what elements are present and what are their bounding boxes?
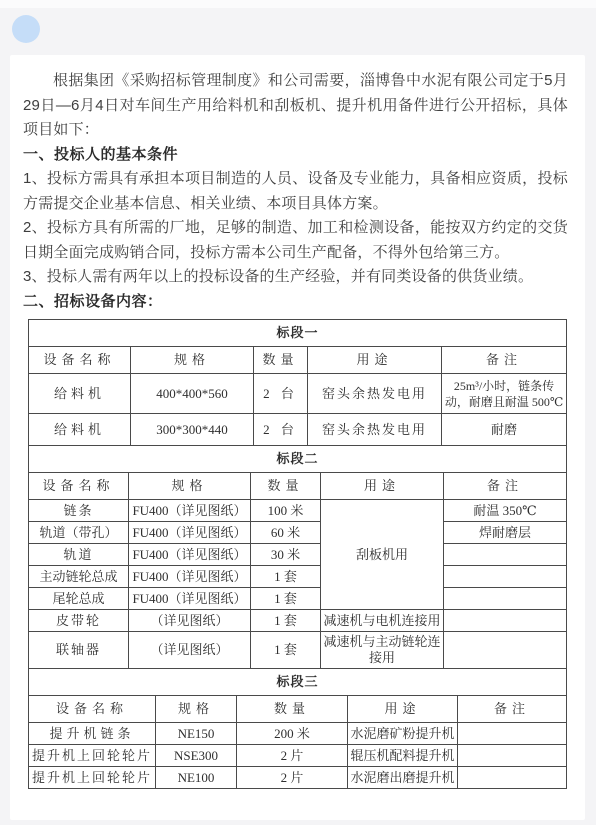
col-header-spec: 规格 bbox=[131, 347, 254, 374]
col-header-usage: 用途 bbox=[308, 347, 442, 374]
table-caption: 标段二 bbox=[29, 446, 567, 473]
col-header-remark: 备注 bbox=[442, 347, 567, 374]
cell-usage: 窑头余热发电用 bbox=[308, 414, 442, 446]
cell-usage: 减速机与电机连接用 bbox=[321, 610, 444, 632]
cell-remark bbox=[444, 566, 567, 588]
cell-device-name: 皮带轮 bbox=[29, 610, 129, 632]
col-header-usage: 用途 bbox=[321, 473, 444, 500]
col-header-device-name: 设备名称 bbox=[29, 347, 131, 374]
col-header-remark: 备注 bbox=[444, 473, 567, 500]
cell-qty: 1 套 bbox=[251, 632, 321, 669]
condition-item-3: 3、投标人需有两年以上的投标设备的生产经验，并有同类设备的供货业绩。 bbox=[23, 265, 568, 290]
cell-spec: NSE300 bbox=[156, 745, 237, 767]
page-background: 根据集团《采购招标管理制度》和公司需要，淄博鲁中水泥有限公司定于5月29日—6月… bbox=[0, 0, 596, 825]
cell-usage: 窑头余热发电用 bbox=[308, 374, 442, 414]
cell-spec: FU400（详见图纸） bbox=[129, 566, 251, 588]
table-row: 尾轮总成 FU400（详见图纸） 1 套 bbox=[29, 588, 567, 610]
cell-remark bbox=[458, 723, 567, 745]
cell-qty: 1 套 bbox=[251, 588, 321, 610]
cell-qty: 200 米 bbox=[237, 723, 348, 745]
section-title-equipment-content: 二、招标设备内容： bbox=[23, 290, 568, 315]
table-caption: 标段一 bbox=[29, 320, 567, 347]
table-row: 皮带轮 （详见图纸） 1 套 减速机与电机连接用 bbox=[29, 610, 567, 632]
table-row: 给料机 400*400*560 2 台 窑头余热发电用 25m³/小时，链条传动… bbox=[29, 374, 567, 414]
cell-device-name: 给料机 bbox=[29, 374, 131, 414]
cell-qty: 60 米 bbox=[251, 522, 321, 544]
condition-item-1: 1、投标方需具有承担本项目制造的人员、设备及专业能力，具备相应资质，投标方需提交… bbox=[23, 167, 568, 216]
cell-remark: 25m³/小时，链条传动，耐磨且耐温 500℃ bbox=[442, 374, 567, 414]
cell-usage: 水泥磨出磨提升机 bbox=[348, 767, 458, 789]
table-row: 给料机 300*300*440 2 台 窑头余热发电用 耐磨 bbox=[29, 414, 567, 446]
cell-remark bbox=[444, 544, 567, 566]
cell-device-name: 尾轮总成 bbox=[29, 588, 129, 610]
site-logo-circle bbox=[12, 15, 40, 43]
cell-qty: 2 台 bbox=[254, 414, 308, 446]
col-header-spec: 规格 bbox=[129, 473, 251, 500]
cell-device-name: 提升机上回轮轮片 bbox=[29, 745, 156, 767]
col-header-remark: 备注 bbox=[458, 696, 567, 723]
section-title-bidder-conditions: 一、投标人的基本条件 bbox=[23, 143, 568, 168]
cell-remark bbox=[444, 588, 567, 610]
cell-qty: 2 片 bbox=[237, 767, 348, 789]
cell-device-name: 提升机上回轮轮片 bbox=[29, 767, 156, 789]
cell-device-name: 链条 bbox=[29, 500, 129, 522]
cell-remark: 耐温 350℃ bbox=[444, 500, 567, 522]
cell-spec: FU400（详见图纸） bbox=[129, 544, 251, 566]
document-card: 根据集团《采购招标管理制度》和公司需要，淄博鲁中水泥有限公司定于5月29日—6月… bbox=[10, 55, 585, 820]
cell-spec: NE150 bbox=[156, 723, 237, 745]
cell-device-name: 提升机链条 bbox=[29, 723, 156, 745]
cell-device-name: 主动链轮总成 bbox=[29, 566, 129, 588]
cell-remark bbox=[444, 610, 567, 632]
cell-remark bbox=[458, 767, 567, 789]
table-row: 链条 FU400（详见图纸） 100 米 刮板机用 耐温 350℃ bbox=[29, 500, 567, 522]
bid-section-2-table: 标段二 设备名称 规格 数量 用途 备注 链条 FU400（详见图纸） 100 … bbox=[28, 445, 567, 669]
cell-qty: 2 片 bbox=[237, 745, 348, 767]
cell-usage-merged: 刮板机用 bbox=[321, 500, 444, 610]
cell-device-name: 联轴器 bbox=[29, 632, 129, 669]
cell-usage: 辊压机配料提升机 bbox=[348, 745, 458, 767]
table-row: 提升机链条 NE150 200 米 水泥磨矿粉提升机 bbox=[29, 723, 567, 745]
cell-qty: 1 套 bbox=[251, 610, 321, 632]
cell-device-name: 给料机 bbox=[29, 414, 131, 446]
cell-spec: 300*300*440 bbox=[131, 414, 254, 446]
cell-remark: 耐磨 bbox=[442, 414, 567, 446]
col-header-device-name: 设备名称 bbox=[29, 473, 129, 500]
cell-qty: 30 米 bbox=[251, 544, 321, 566]
cell-qty: 100 米 bbox=[251, 500, 321, 522]
table-row: 轨道 FU400（详见图纸） 30 米 bbox=[29, 544, 567, 566]
cell-spec: （详见图纸） bbox=[129, 610, 251, 632]
col-header-usage: 用途 bbox=[348, 696, 458, 723]
col-header-device-name: 设备名称 bbox=[29, 696, 156, 723]
cell-qty: 2 台 bbox=[254, 374, 308, 414]
table-row: 主动链轮总成 FU400（详见图纸） 1 套 bbox=[29, 566, 567, 588]
cell-device-name: 轨道 bbox=[29, 544, 129, 566]
condition-item-2: 2、投标方具有所需的厂地，足够的制造、加工和检测设备，能按双方约定的交货日期全面… bbox=[23, 216, 568, 265]
cell-device-name: 轨道（带孔） bbox=[29, 522, 129, 544]
cell-remark: 焊耐磨层 bbox=[444, 522, 567, 544]
table-row: 轨道（带孔） FU400（详见图纸） 60 米 焊耐磨层 bbox=[29, 522, 567, 544]
cell-usage: 水泥磨矿粉提升机 bbox=[348, 723, 458, 745]
col-header-qty: 数量 bbox=[237, 696, 348, 723]
bid-section-1-table: 标段一 设备名称 规格 数量 用途 备注 给料机 400*400*560 2 台… bbox=[28, 319, 567, 446]
table-row: 提升机上回轮轮片 NSE300 2 片 辊压机配料提升机 bbox=[29, 745, 567, 767]
intro-paragraph: 根据集团《采购招标管理制度》和公司需要，淄博鲁中水泥有限公司定于5月29日—6月… bbox=[23, 69, 568, 143]
cell-usage: 减速机与主动链轮连接用 bbox=[321, 632, 444, 669]
cell-spec: （详见图纸） bbox=[129, 632, 251, 669]
col-header-qty: 数量 bbox=[251, 473, 321, 500]
col-header-qty: 数量 bbox=[254, 347, 308, 374]
cell-spec: FU400（详见图纸） bbox=[129, 588, 251, 610]
table-row: 提升机上回轮轮片 NE100 2 片 水泥磨出磨提升机 bbox=[29, 767, 567, 789]
bid-section-3-table: 标段三 设备名称 规格 数量 用途 备注 提升机链条 NE150 200 米 水… bbox=[28, 668, 567, 789]
table-caption: 标段三 bbox=[29, 669, 567, 696]
cell-spec: 400*400*560 bbox=[131, 374, 254, 414]
cell-spec: FU400（详见图纸） bbox=[129, 522, 251, 544]
cell-qty: 1 套 bbox=[251, 566, 321, 588]
col-header-spec: 规格 bbox=[156, 696, 237, 723]
cell-remark bbox=[458, 745, 567, 767]
cell-spec: NE100 bbox=[156, 767, 237, 789]
top-strip bbox=[0, 0, 596, 8]
cell-spec: FU400（详见图纸） bbox=[129, 500, 251, 522]
table-row: 联轴器 （详见图纸） 1 套 减速机与主动链轮连接用 bbox=[29, 632, 567, 669]
cell-remark bbox=[444, 632, 567, 669]
